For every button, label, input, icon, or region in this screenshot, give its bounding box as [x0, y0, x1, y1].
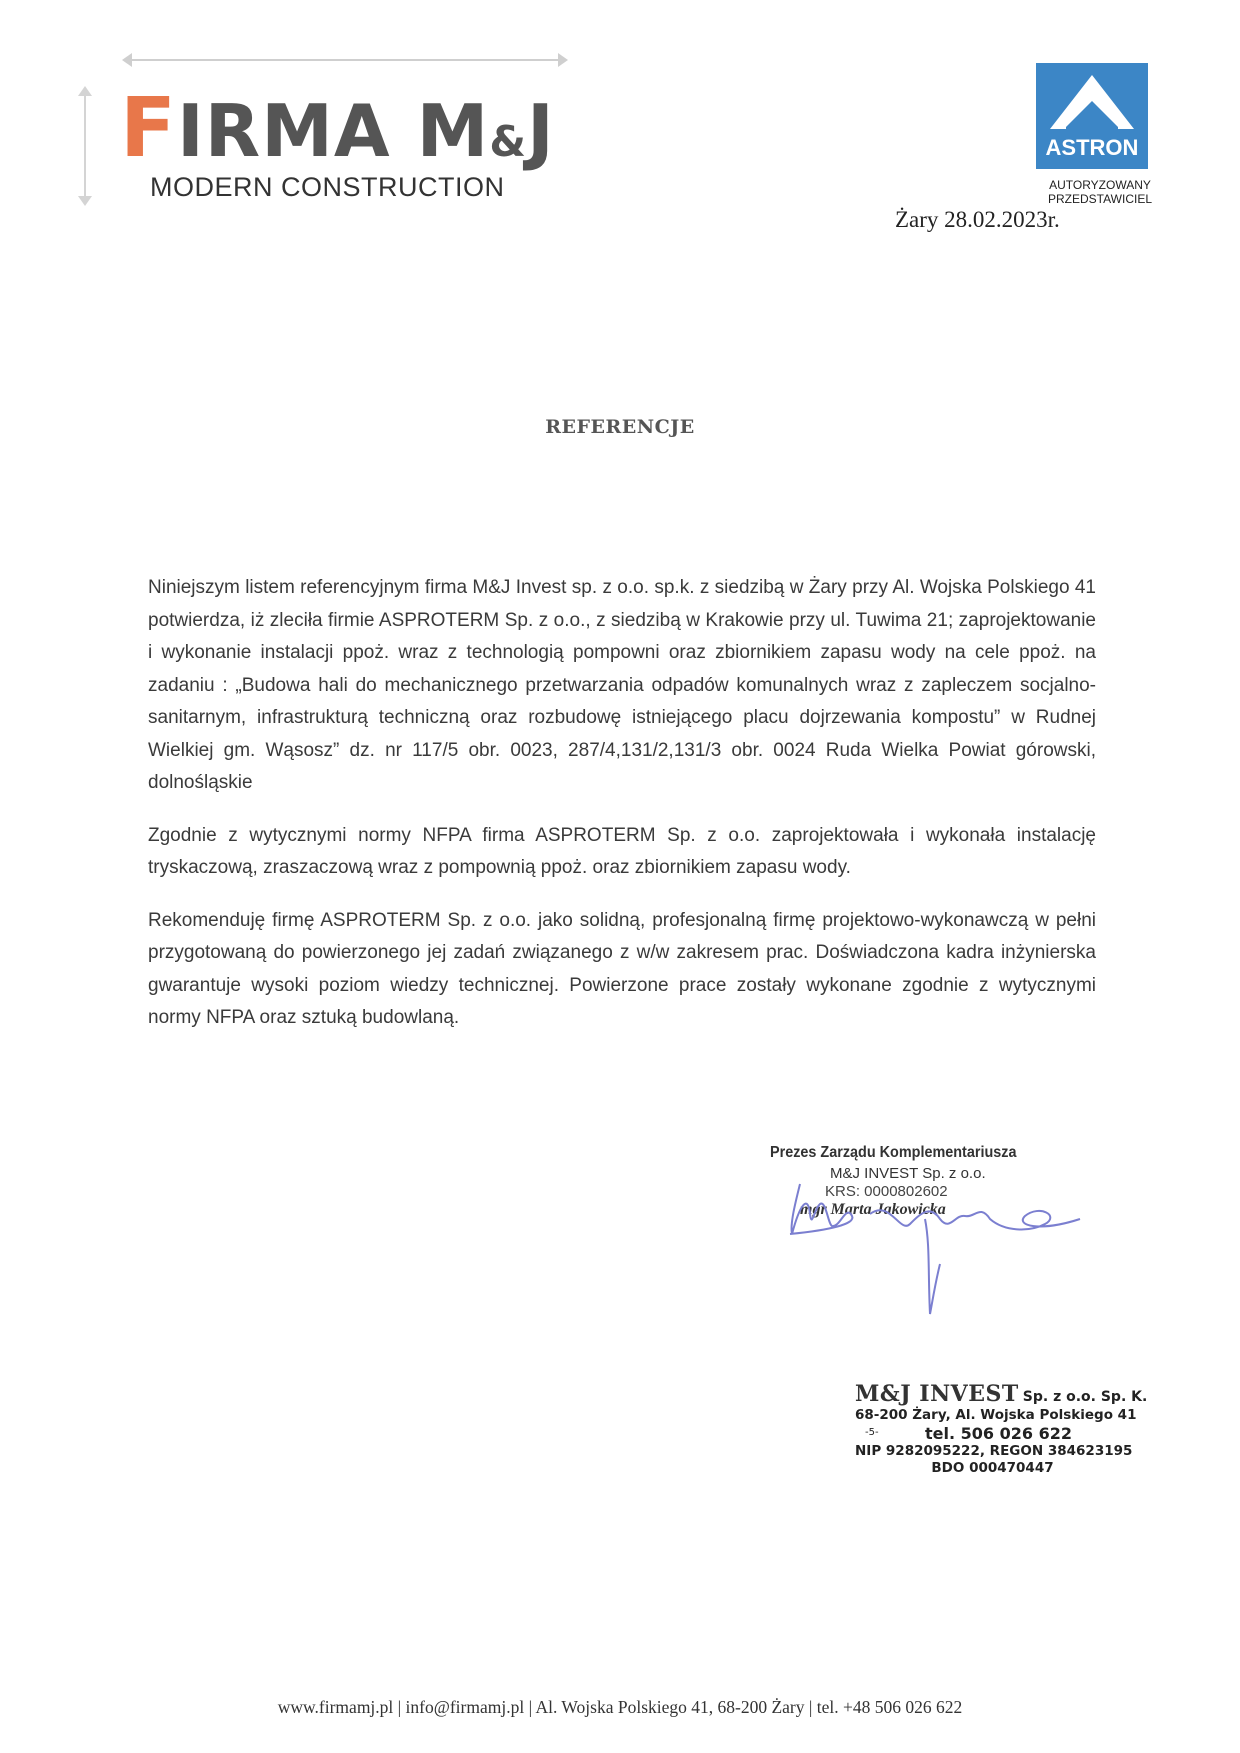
document-title: REFERENCJE	[0, 416, 1240, 438]
brand-initial: F	[120, 81, 177, 176]
stamp-company-name: M&J INVEST	[855, 1381, 1019, 1407]
paragraph-1: Niniejszym listem referencyjnym firma M&…	[148, 572, 1096, 800]
signatory-company: M&J INVEST Sp. z o.o.	[830, 1165, 1100, 1182]
vertical-arrow-icon	[84, 96, 86, 196]
company-stamp: M&J INVESTSp. z o.o. Sp. K. 68-200 Żary,…	[855, 1381, 1145, 1477]
signatory-name: mgr Marta Jakowicka	[800, 1201, 1100, 1219]
paragraph-2: Zgodnie z wytycznymi normy NFPA firma AS…	[148, 820, 1096, 885]
paragraph-3: Rekomenduję firmę ASPROTERM Sp. z o.o. j…	[148, 905, 1096, 1035]
company-logo: FIRMA M&J MODERN CONSTRUCTION	[80, 50, 560, 200]
stamp-company-form: Sp. z o.o. Sp. K.	[1023, 1389, 1148, 1405]
signatory-role: Prezes Zarządu Komplementariusza	[770, 1144, 1067, 1162]
page-number: -5-	[855, 1424, 925, 1443]
brand-last: J	[527, 89, 555, 173]
brand-rest: IRMA M	[177, 89, 489, 173]
letter-body: Niniejszym listem referencyjnym firma M&…	[148, 572, 1096, 1055]
horizontal-arrow-icon	[130, 59, 560, 61]
letter-date: Żary 28.02.2023r.	[895, 207, 1060, 233]
signature-block: Prezes Zarządu Komplementariusza M&J INV…	[770, 1144, 1100, 1219]
stamp-telephone: tel. 506 026 622	[925, 1424, 1072, 1443]
brand-tagline: MODERN CONSTRUCTION	[150, 172, 505, 203]
stamp-bdo: BDO 000470447	[855, 1460, 1130, 1477]
brand-ampersand: &	[489, 117, 527, 166]
brand-name: FIRMA M&J	[120, 88, 555, 170]
astron-logo: ASTRON	[1036, 63, 1148, 169]
astron-wordmark: ASTRON	[1036, 135, 1148, 161]
page-footer: www.firmamj.pl | info@firmamj.pl | Al. W…	[0, 1697, 1240, 1718]
stamp-address: 68-200 Żary, Al. Wojska Polskiego 41	[855, 1407, 1145, 1424]
stamp-nip-regon: NIP 9282095222, REGON 384623195	[855, 1443, 1145, 1460]
astron-caption: AUTORYZOWANY PRZEDSTAWICIEL	[1030, 178, 1170, 206]
astron-caption-line1: AUTORYZOWANY	[1030, 178, 1170, 192]
astron-caption-line2: PRZEDSTAWICIEL	[1030, 192, 1170, 206]
signatory-krs: KRS: 0000802602	[825, 1183, 1100, 1200]
